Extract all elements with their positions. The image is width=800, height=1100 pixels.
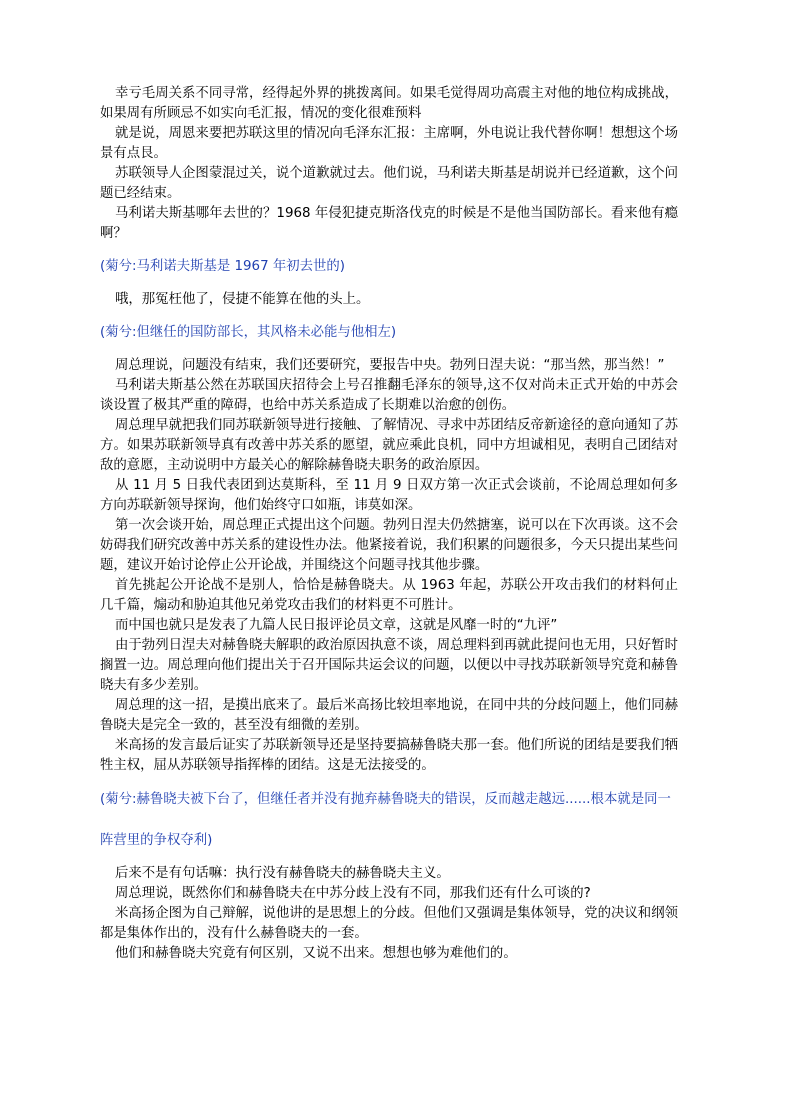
- paragraph: 就是说，周恩来要把苏联这里的情况向毛泽东汇报：主席啊，外电说让我代替你啊！想想这…: [100, 124, 678, 164]
- paragraph: 马利诺夫斯基哪年去世的？1968 年侵犯捷克斯洛伐克的时候是不是他当国防部长。看…: [100, 204, 678, 244]
- paragraph: 由于勃列日涅夫对赫鲁晓夫解职的政治原因执意不谈，周总理料到再就此提问也无用，只好…: [100, 636, 678, 696]
- paragraph: 从 11 月 5 日我代表团到达莫斯科，至 11 月 9 日双方第一次正式会谈前…: [100, 476, 678, 516]
- paragraph: 周总理说，既然你们和赫鲁晓夫在中苏分歧上没有不同，那我们还有什么可谈的?: [100, 884, 678, 904]
- paragraph: 马利诺夫斯基公然在苏联国庆招待会上号召推翻毛泽东的领导,这不仅对尚未正式开始的中…: [100, 376, 678, 416]
- paragraph: 第一次会谈开始，周总理正式提出这个问题。勃列日涅夫仍然搪塞，说可以在下次再谈。这…: [100, 516, 678, 576]
- annotation-comment: (菊兮:赫鲁晓夫被下台了，但继任者并没有抛弃赫鲁晓夫的错误，反而越走越远....…: [100, 779, 678, 861]
- paragraph: 幸亏毛周关系不同寻常，经得起外界的挑拨离间。如果毛觉得周功高震主对他的地位构成挑…: [100, 84, 678, 124]
- paragraph: 他们和赫鲁晓夫究竟有何区别，又说不出来。想想也够为难他们的。: [100, 944, 678, 964]
- paragraph: 米高扬的发言最后证实了苏联新领导还是坚持要搞赫鲁晓夫那一套。他们所说的团结是要我…: [100, 736, 678, 776]
- paragraph: 哦，那冤枉他了，侵捷不能算在他的头上。: [100, 290, 678, 310]
- paragraph: 而中国也就只是发表了九篇人民日报评论员文章，这就是风靡一时的“九评”: [100, 616, 678, 636]
- paragraph: 周总理说，问题没有结束，我们还要研究，要报告中央。勃列日涅夫说：“那当然，那当然…: [100, 356, 678, 376]
- paragraph: 周总理的这一招，是摸出底来了。最后米高扬比较坦率地说，在同中共的分歧问题上，他们…: [100, 696, 678, 736]
- annotation-comment: (菊兮:但继任的国防部长，其风格未必能与他相左): [100, 323, 678, 343]
- paragraph: 后来不是有句话嘛：执行没有赫鲁晓夫的赫鲁晓夫主义。: [100, 864, 678, 884]
- paragraph: 首先挑起公开论战不是别人，恰恰是赫鲁晓夫。从 1963 年起，苏联公开攻击我们的…: [100, 576, 678, 616]
- paragraph: 周总理早就把我们同苏联新领导进行接触、了解情况、寻求中苏团结反帝新途径的意向通知…: [100, 416, 678, 476]
- document-page: 幸亏毛周关系不同寻常，经得起外界的挑拨离间。如果毛觉得周功高震主对他的地位构成挑…: [100, 84, 678, 964]
- paragraph: 米高扬企图为自己辩解，说他讲的是思想上的分歧。但他们又强调是集体领导，党的决议和…: [100, 904, 678, 944]
- annotation-comment: (菊兮:马利诺夫斯基是 1967 年初去世的): [100, 257, 678, 277]
- paragraph: 苏联领导人企图蒙混过关，说个道歉就过去。他们说，马利诺夫斯基是胡说并已经道歉，这…: [100, 164, 678, 204]
